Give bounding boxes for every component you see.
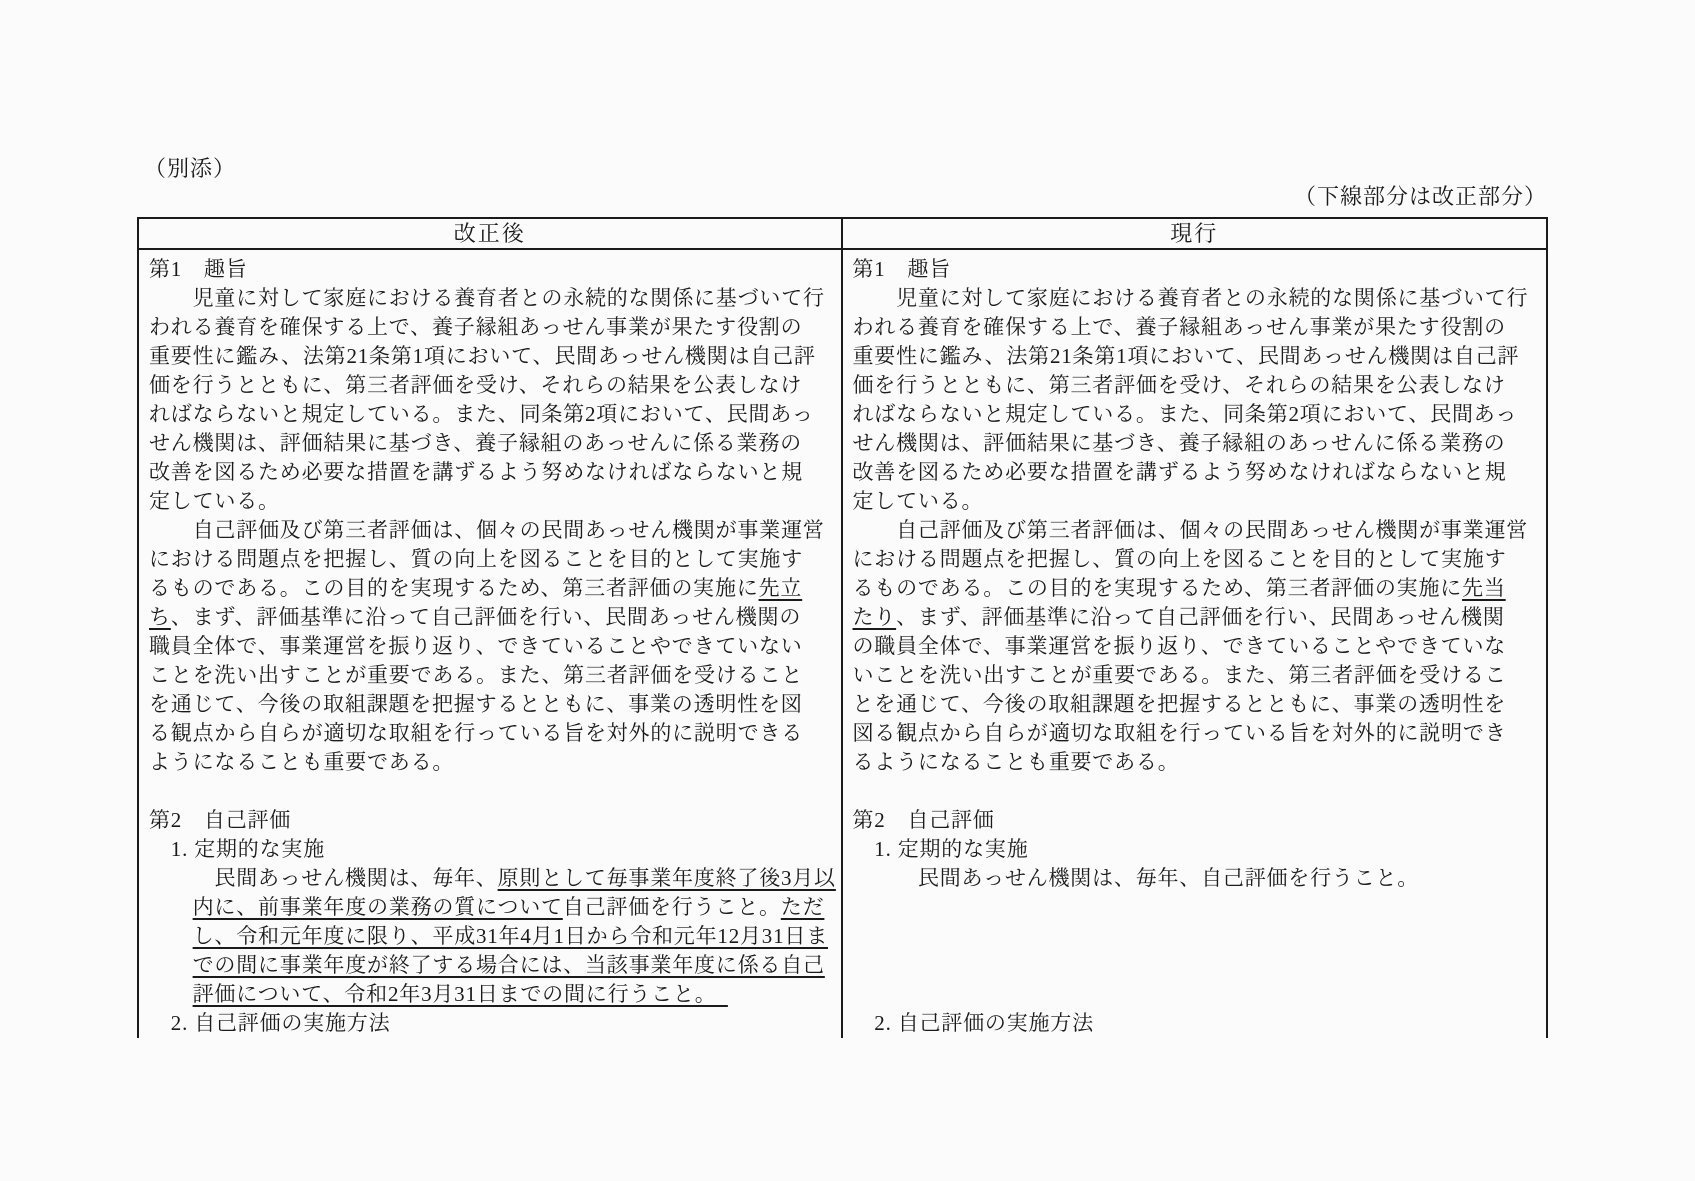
- text-line: るものである。この目的を実現するため、第三者評価の実施に先当: [853, 574, 1539, 603]
- text-line: 児童に対して家庭における養育者との永続的な関係に基づいて行: [149, 284, 833, 313]
- text-line: [853, 980, 1539, 1009]
- attachment-label: （別添）: [144, 152, 236, 183]
- text-line: での間に事業年度が終了する場合には、当該事業年度に係る自己: [149, 951, 833, 980]
- text-segment: 第2 自己評価: [149, 808, 291, 832]
- text-line: 第2 自己評価: [853, 806, 1539, 835]
- text-segment: ればならないと規定している。また、同条第2項において、民間あっ: [149, 402, 814, 426]
- text-segment: 定している。: [853, 489, 984, 513]
- text-line: せん機関は、評価結果に基づき、養子縁組のあっせんに係る業務の: [149, 429, 833, 458]
- text-line: における問題点を把握し、質の向上を図ることを目的として実施す: [853, 545, 1539, 574]
- text-segment: 重要性に鑑み、法第21条第1項において、民間あっせん機関は自己評: [149, 344, 816, 368]
- text-segment: 自己評価を行うこと。: [563, 895, 781, 919]
- text-line: [853, 922, 1539, 951]
- text-line: 職員全体で、事業運営を振り返り、できていることやできていない: [149, 632, 833, 661]
- text-line: 評価について、令和2年3月31日までの間に行うこと。: [149, 980, 833, 1009]
- underlined-revision-text: 先立: [759, 576, 803, 600]
- text-segment: ことを洗い出すことが重要である。また、第三者評価を受けること: [149, 663, 803, 687]
- text-segment: 第1 趣旨: [853, 257, 952, 281]
- text-segment: 価を行うとともに、第三者評価を受け、それらの結果を公表しなけ: [149, 373, 802, 397]
- text-line: ようになることも重要である。: [149, 748, 833, 777]
- text-segment: 、まず、評価基準に沿って自己評価を行い、民間あっせん機関の: [171, 605, 801, 629]
- text-line: ればならないと規定している。また、同条第2項において、民間あっ: [853, 400, 1539, 429]
- text-line: し、令和元年度に限り、平成31年4月1日から令和元年12月31日ま: [149, 922, 833, 951]
- text-line: われる養育を確保する上で、養子縁組あっせん事業が果たす役割の: [149, 313, 833, 342]
- underlined-revision-text: 先当: [1462, 576, 1506, 600]
- text-line: における問題点を把握し、質の向上を図ることを目的として実施す: [149, 545, 833, 574]
- text-segment: における問題点を把握し、質の向上を図ることを目的として実施す: [853, 547, 1507, 571]
- revised-column: 第1 趣旨 児童に対して家庭における養育者との永続的な関係に基づいて行われる養育…: [139, 250, 843, 1038]
- comparison-table: 改正後 現行 第1 趣旨 児童に対して家庭における養育者との永続的な関係に基づい…: [137, 217, 1548, 1038]
- text-line: 定している。: [149, 487, 833, 516]
- text-segment: 自己評価及び第三者評価は、個々の民間あっせん機関が事業運営: [853, 518, 1529, 542]
- text-segment: せん機関は、評価結果に基づき、養子縁組のあっせんに係る業務の: [853, 431, 1506, 455]
- text-line: 第2 自己評価: [149, 806, 833, 835]
- text-segment: 重要性に鑑み、法第21条第1項において、民間あっせん機関は自己評: [853, 344, 1520, 368]
- text-line: 児童に対して家庭における養育者との永続的な関係に基づいて行: [853, 284, 1539, 313]
- text-segment: [149, 924, 193, 948]
- text-segment: われる養育を確保する上で、養子縁組あっせん事業が果たす役割の: [149, 315, 802, 339]
- text-segment: 児童に対して家庭における養育者との永続的な関係に基づいて行: [149, 286, 825, 310]
- text-line: るものである。この目的を実現するため、第三者評価の実施に先立: [149, 574, 833, 603]
- underlined-revision-text: での間に事業年度が終了する場合には、当該事業年度に係る自己: [193, 953, 825, 977]
- text-line: たり、まず、評価基準に沿って自己評価を行い、民間あっせん機関: [853, 603, 1539, 632]
- text-segment: われる養育を確保する上で、養子縁組あっせん事業が果たす役割の: [853, 315, 1506, 339]
- text-segment: の職員全体で、事業運営を振り返り、できていることやできていな: [853, 634, 1507, 658]
- text-line: 1. 定期的な実施: [149, 835, 833, 864]
- text-line: [853, 893, 1539, 922]
- text-line: 自己評価及び第三者評価は、個々の民間あっせん機関が事業運営: [853, 516, 1539, 545]
- text-line: る観点から自らが適切な取組を行っている旨を対外的に説明できる: [149, 719, 833, 748]
- text-segment: を通じて、今後の取組課題を把握するとともに、事業の透明性を図: [149, 692, 803, 716]
- text-segment: 改善を図るため必要な措置を講ずるよう努めなければならないと規: [149, 460, 803, 484]
- text-segment: 1. 定期的な実施: [853, 837, 1029, 861]
- text-line: 2. 自己評価の実施方法: [149, 1009, 833, 1038]
- text-segment: 価を行うとともに、第三者評価を受け、それらの結果を公表しなけ: [853, 373, 1506, 397]
- text-segment: る観点から自らが適切な取組を行っている旨を対外的に説明できる: [149, 721, 803, 745]
- text-segment: 児童に対して家庭における養育者との永続的な関係に基づいて行: [853, 286, 1529, 310]
- text-segment: 職員全体で、事業運営を振り返り、できていることやできていない: [149, 634, 803, 658]
- text-segment: 2. 自己評価の実施方法: [853, 1011, 1094, 1035]
- text-line: 改善を図るため必要な措置を講ずるよう努めなければならないと規: [149, 458, 833, 487]
- text-segment: るようになることも重要である。: [853, 750, 1180, 774]
- text-segment: 民間あっせん機関は、毎年、自己評価を行うこと。: [853, 866, 1420, 890]
- text-segment: 民間あっせん機関は、毎年、: [149, 866, 498, 890]
- text-segment: 自己評価及び第三者評価は、個々の民間あっせん機関が事業運営: [149, 518, 825, 542]
- text-line: 民間あっせん機関は、毎年、自己評価を行うこと。: [853, 864, 1539, 893]
- text-segment: 定している。: [149, 489, 280, 513]
- text-line: 定している。: [853, 487, 1539, 516]
- text-segment: 1. 定期的な実施: [149, 837, 325, 861]
- text-segment: [149, 982, 193, 1006]
- text-line: 2. 自己評価の実施方法: [853, 1009, 1539, 1038]
- text-line: 第1 趣旨: [149, 255, 833, 284]
- text-line: の職員全体で、事業運営を振り返り、できていることやできていな: [853, 632, 1539, 661]
- text-line: いことを洗い出すことが重要である。また、第三者評価を受けるこ: [853, 661, 1539, 690]
- underlined-revision-text: し、令和元年度に限り、平成31年4月1日から令和元年12月31日ま: [193, 924, 828, 948]
- underlined-revision-text: 内に、前事業年度の業務の質について: [193, 895, 563, 919]
- text-line: 重要性に鑑み、法第21条第1項において、民間あっせん機関は自己評: [853, 342, 1539, 371]
- page: { "document": { "attachment_label": "（別添…: [0, 0, 1695, 1181]
- text-line: 内に、前事業年度の業務の質について自己評価を行うこと。ただ: [149, 893, 833, 922]
- text-segment: 改善を図るため必要な措置を講ずるよう努めなければならないと規: [853, 460, 1507, 484]
- underlined-revision-text: たり: [853, 605, 897, 629]
- text-segment: るものである。この目的を実現するため、第三者評価の実施に: [853, 576, 1463, 600]
- text-line: るようになることも重要である。: [853, 748, 1539, 777]
- text-segment: 、まず、評価基準に沿って自己評価を行い、民間あっせん機関: [896, 605, 1505, 629]
- text-segment: 第1 趣旨: [149, 257, 248, 281]
- underlined-revision-text: ただ: [781, 895, 825, 919]
- text-line: [853, 777, 1539, 806]
- text-segment: 第2 自己評価: [853, 808, 995, 832]
- text-segment: ようになることも重要である。: [149, 750, 454, 774]
- underlined-revision-text: ち: [149, 605, 171, 629]
- underline-note: （下線部分は改正部分）: [1294, 180, 1547, 211]
- text-line: 価を行うとともに、第三者評価を受け、それらの結果を公表しなけ: [853, 371, 1539, 400]
- text-segment: 2. 自己評価の実施方法: [149, 1011, 390, 1035]
- text-line: 重要性に鑑み、法第21条第1項において、民間あっせん機関は自己評: [149, 342, 833, 371]
- text-line: 価を行うとともに、第三者評価を受け、それらの結果を公表しなけ: [149, 371, 833, 400]
- text-line: 第1 趣旨: [853, 255, 1539, 284]
- text-segment: とを通じて、今後の取組課題を把握するとともに、事業の透明性を: [853, 692, 1507, 716]
- text-line: 自己評価及び第三者評価は、個々の民間あっせん機関が事業運営: [149, 516, 833, 545]
- text-line: せん機関は、評価結果に基づき、養子縁組のあっせんに係る業務の: [853, 429, 1539, 458]
- text-line: 民間あっせん機関は、毎年、原則として毎事業年度終了後3月以: [149, 864, 833, 893]
- text-segment: るものである。この目的を実現するため、第三者評価の実施に: [149, 576, 759, 600]
- text-line: ことを洗い出すことが重要である。また、第三者評価を受けること: [149, 661, 833, 690]
- text-segment: ればならないと規定している。また、同条第2項において、民間あっ: [853, 402, 1518, 426]
- text-segment: 図る観点から自らが適切な取組を行っている旨を対外的に説明でき: [853, 721, 1507, 745]
- text-line: 1. 定期的な実施: [853, 835, 1539, 864]
- text-line: とを通じて、今後の取組課題を把握するとともに、事業の透明性を: [853, 690, 1539, 719]
- text-line: われる養育を確保する上で、養子縁組あっせん事業が果たす役割の: [853, 313, 1539, 342]
- text-line: ればならないと規定している。また、同条第2項において、民間あっ: [149, 400, 833, 429]
- text-segment: せん機関は、評価結果に基づき、養子縁組のあっせんに係る業務の: [149, 431, 802, 455]
- text-line: 図る観点から自らが適切な取組を行っている旨を対外的に説明でき: [853, 719, 1539, 748]
- text-segment: いことを洗い出すことが重要である。また、第三者評価を受けるこ: [853, 663, 1507, 687]
- text-segment: [149, 953, 193, 977]
- text-segment: における問題点を把握し、質の向上を図ることを目的として実施す: [149, 547, 803, 571]
- text-line: を通じて、今後の取組課題を把握するとともに、事業の透明性を図: [149, 690, 833, 719]
- text-segment: [149, 895, 193, 919]
- text-line: 改善を図るため必要な措置を講ずるよう努めなければならないと規: [853, 458, 1539, 487]
- current-column: 第1 趣旨 児童に対して家庭における養育者との永続的な関係に基づいて行われる養育…: [843, 250, 1547, 1038]
- text-line: ち、まず、評価基準に沿って自己評価を行い、民間あっせん機関の: [149, 603, 833, 632]
- text-line: [853, 951, 1539, 980]
- header-revised: 改正後: [139, 219, 843, 250]
- underlined-revision-text: 原則として毎事業年度終了後3月以: [498, 866, 836, 890]
- table-body: 第1 趣旨 児童に対して家庭における養育者との永続的な関係に基づいて行われる養育…: [139, 250, 1546, 1038]
- table-header-row: 改正後 現行: [139, 219, 1546, 250]
- header-current: 現行: [843, 219, 1547, 250]
- underlined-revision-text: 評価について、令和2年3月31日までの間に行うこと。: [193, 982, 728, 1006]
- text-line: [149, 777, 833, 806]
